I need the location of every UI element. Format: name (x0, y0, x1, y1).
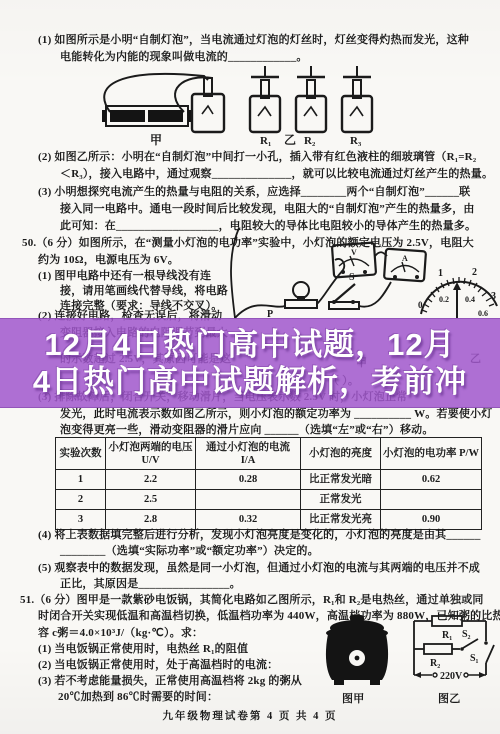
switch-s2 (463, 639, 478, 648)
q50-item4-line1: (4) 将上表数据填完整后进行分析，发现小灯泡亮度是变化的，小灯泡的亮度是由其_… (38, 528, 481, 542)
svg-text:V: V (351, 248, 357, 257)
page-footer: 九年级物理试卷第 4 页 共 4 页 (0, 708, 500, 723)
switch-s1 (486, 645, 494, 663)
svg-text:0.6: 0.6 (478, 309, 488, 318)
homemade-bulb-figure: 甲 R₁ 乙 R₂ R₃ (92, 64, 392, 146)
label-r3: R₃ (350, 135, 362, 146)
col-header-current: 通过小灯泡的电流 I/A (196, 438, 301, 470)
ammeter-icon: A (384, 249, 426, 282)
col-header-trial: 实验次数 (56, 438, 106, 470)
experiment-data-table: 实验次数 小灯泡两端的电压 U/V 通过小灯泡的电流 I/A 小灯泡的亮度 小灯… (55, 437, 482, 530)
q49-item2-line1: (2) 如图乙所示：小明在“自制灯泡”中间打一小孔，插入带有红色液柱的细玻璃管（… (38, 150, 476, 164)
svg-text:2: 2 (472, 267, 477, 278)
bulb-jar-r2 (296, 66, 326, 132)
label-jia: 甲 (150, 133, 162, 146)
table-row: 1 2.2 0.28 比正常发光暗 0.62 (56, 470, 482, 490)
label-voltage: 220V (440, 671, 463, 682)
q51-line3: 容 c粥＝4.0×10³J/（kg·℃）。求： (38, 626, 203, 640)
bulb-jar-r3 (342, 66, 372, 132)
q51-item1: (1) 当电饭锅正常使用时，电热丝 R₁的阻值 (38, 642, 248, 656)
svg-text:0: 0 (418, 300, 423, 310)
switch-label: S (349, 272, 355, 283)
video-caption-overlay: 12月4日热门高中试题，12月 4日热门高中试题解析，考前冲 (0, 318, 500, 408)
q50-item4-line2: ________（选填“实际功率”或“额定功率”）决定的。 (60, 544, 319, 558)
circuit-caption: 图乙 (438, 692, 460, 706)
label-yi: 乙 (284, 133, 296, 146)
svg-text:A: A (402, 254, 408, 263)
q50-item1-line1: (1) 图甲电路中还有一根导线没有连 (38, 269, 211, 283)
q50-item5-line1: (5) 观察表中的数据发现，虽然是同一小灯泡，但通过小灯泡的电流与其两端的电压并… (38, 561, 480, 575)
col-header-power: 小灯泡的电功率 P/W (381, 438, 482, 470)
label-s2: S₂ (462, 629, 471, 640)
q49-item1-line1: (1) 如图所示是小明“自制灯泡”，当电流通过灯泡的灯丝时，灯丝变得灼热而发光，… (38, 33, 469, 47)
ammeter-dial-icon: 0 1 2 3 0.2 0.4 0.6 (418, 267, 497, 318)
col-header-brightness: 小灯泡的亮度 (301, 438, 381, 470)
svg-text:0.4: 0.4 (465, 295, 475, 304)
test-paper-page: (1) 如图所示是小明“自制灯泡”，当电流通过灯泡的灯丝时，灯丝变得灼热而发光，… (0, 0, 500, 734)
cooker-caption: 图甲 (342, 692, 364, 706)
bulb-jar-1 (192, 94, 224, 132)
experiment-apparatus-figure: V A S P (225, 226, 500, 320)
circuit-figure: R₁ S₂ R₂ S₁ 220V (402, 611, 498, 695)
q50-item1-line2: 接，请用笔画线代替导线，将电路 (60, 284, 228, 298)
svg-text:1: 1 (438, 268, 443, 279)
rice-cooker-figure (320, 614, 394, 692)
label-r2: R₂ (304, 135, 316, 146)
svg-text:3: 3 (491, 291, 496, 302)
q49-item1-line2: 电能转化为内能的现象叫做电流的____________。 (60, 50, 308, 64)
lamp-icon (285, 282, 317, 308)
table-row: 2 2.5 正常发光 (56, 490, 482, 510)
overlay-title-line1: 12月4日热门高中试题，12月 (44, 326, 455, 363)
q51-item2: (2) 当电饭锅正常使用时，处于高温档时的电流： (38, 658, 278, 672)
label-r1: R₁ (442, 630, 452, 641)
table-row: 3 2.8 0.32 比正常发光亮 0.90 (56, 510, 482, 530)
col-header-voltage: 小灯泡两端的电压 U/V (106, 438, 196, 470)
q49-item3-line1: (3) 小明想探究电流产生的热量与电阻的关系，应选择________两个“自制灯… (38, 185, 470, 199)
resistor-r2 (424, 644, 452, 654)
q51-line1: 51.（6 分）图甲是一款紫砂电饭锅，其简化电路如乙图所示，R₁和 R₂是电热丝… (20, 593, 484, 607)
q50-header-line2: 约为 10Ω，电源电压为 6V。 (38, 253, 179, 267)
resistor-r1 (432, 616, 462, 626)
label-r2: R₂ (430, 658, 440, 669)
svg-text:0.2: 0.2 (439, 295, 449, 304)
q49-item2-line2: ＜R₃），接入电路中，通过观察______________，就可以比较电流通过灯… (60, 167, 493, 181)
q51-item3-line1: (3) 若不考虑能量损失，正常使用高温档将 2kg 的粥从 (38, 674, 302, 688)
q49-item3-line2: 接入同一电路中。通电一段时间后比较发现，电阻大的“自制灯泡”产生的热量多，由 (60, 202, 475, 216)
overlay-title-line2: 4日热门高中试题解析，考前冲 (33, 363, 467, 400)
q50-item3-line1: 发光，此时电流表示数如图乙所示，则小灯泡的额定功率为 __________ W。… (60, 407, 493, 421)
q51-item3-line2: 20℃加热到 86℃时需要的时间： (58, 690, 218, 704)
label-r1: R₁ (260, 135, 271, 146)
label-s1: S₁ (470, 653, 479, 664)
q50-item3-line2: 泡变得更亮一些，滑动变阻器的滑片应向 ______（选填“左”或“右”）移动。 (60, 423, 434, 437)
bulb-jar-r1 (250, 66, 280, 132)
table-header-row: 实验次数 小灯泡两端的电压 U/V 通过小灯泡的电流 I/A 小灯泡的亮度 小灯… (56, 438, 482, 470)
q50-item5-line2: 正比，其原因是________________。 (60, 577, 241, 591)
